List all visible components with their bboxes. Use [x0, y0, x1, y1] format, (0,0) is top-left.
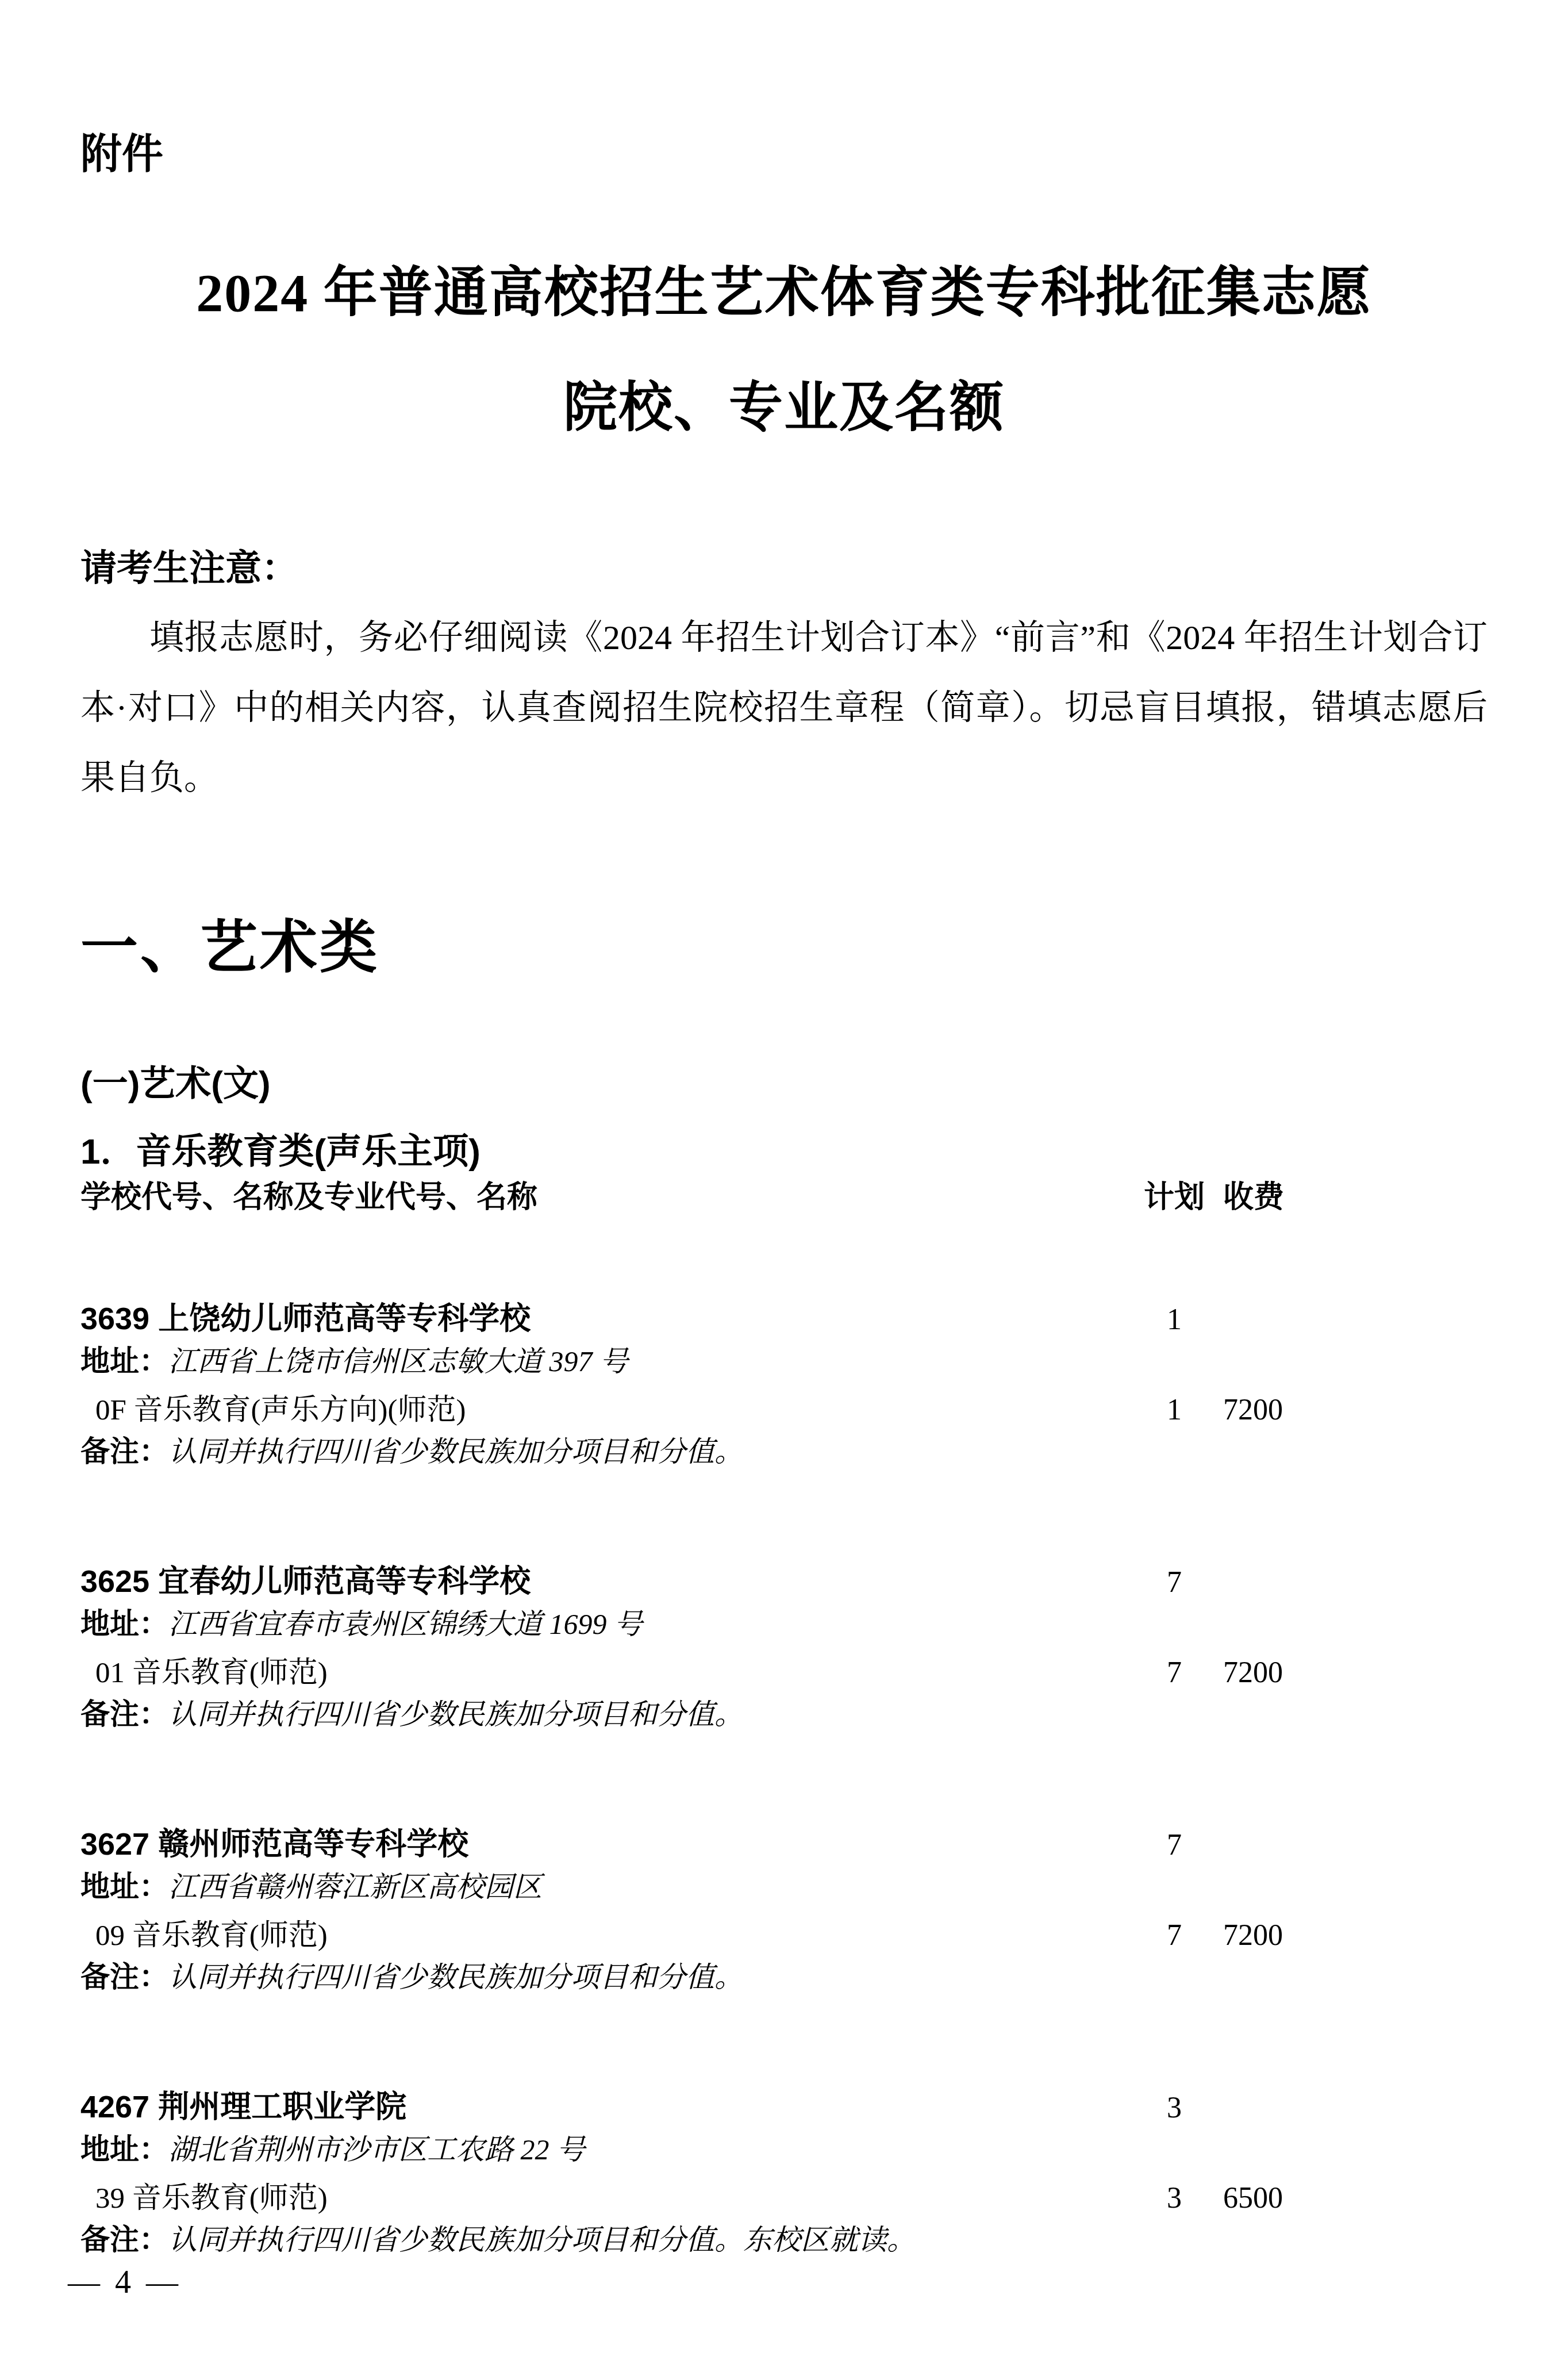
address-text: 江西省赣州蓉江新区高校园区 — [168, 1871, 542, 1903]
major-fee: 7200 — [1223, 1652, 1321, 1694]
address-label: 地址： — [80, 1607, 168, 1640]
school-block: 4267 荆州理工职业学院 3 地址：湖北省荆州市沙市区工农路 22 号 39 … — [80, 2086, 1488, 2268]
school-address-row: 地址：江西省赣州蓉江新区高校园区 — [80, 1866, 1488, 1915]
school-title-row: 4267 荆州理工职业学院 3 — [80, 2086, 1488, 2129]
document-title-line2: 院校、专业及名额 — [80, 351, 1488, 466]
document-title: 2024 年普通高校招生艺术体育类专科批征集志愿 院校、专业及名额 — [80, 236, 1488, 466]
school-code-name: 3639 上饶幼儿师范高等专科学校 — [80, 1298, 1125, 1340]
school-address-row: 地址：湖北省荆州市沙市区工农路 22 号 — [80, 2129, 1488, 2178]
note-label: 备注： — [80, 2223, 168, 2256]
column-header-school: 学校代号、名称及专业代号、名称 — [80, 1178, 1125, 1217]
school-note-row: 备注：认同并执行四川省少数民族加分项目和分值。 — [80, 1694, 1488, 1743]
school-code-name: 3627 赣州师范高等专科学校 — [80, 1824, 1125, 1865]
address-label: 地址： — [80, 1345, 168, 1377]
school-block: 3625 宜春幼儿师范高等专科学校 7 地址：江西省宜春市袁州区锦绣大道 169… — [80, 1561, 1488, 1743]
major-name: 39 音乐教育(师范) — [80, 2178, 1125, 2219]
page-number: — 4 — — [68, 2264, 182, 2301]
notice-heading: 请考生注意： — [80, 542, 1488, 594]
note-text: 认同并执行四川省少数民族加分项目和分值。 — [168, 1961, 743, 1993]
school-title-row: 3625 宜春幼儿师范高等专科学校 7 — [80, 1561, 1488, 1603]
note-text: 认同并执行四川省少数民族加分项目和分值。 — [168, 1698, 743, 1730]
major-row: 0F 音乐教育(声乐方向)(师范) 1 7200 — [80, 1390, 1488, 1431]
note-text: 认同并执行四川省少数民族加分项目和分值。 — [168, 1436, 743, 1468]
major-plan: 7 — [1125, 1915, 1223, 1956]
school-note-row: 备注：认同并执行四川省少数民族加分项目和分值。 — [80, 1956, 1488, 2005]
attachment-label: 附件 — [80, 128, 1488, 181]
school-plan-total: 1 — [1125, 1299, 1223, 1341]
note-label: 备注： — [80, 1960, 168, 1993]
column-header-fee: 收费 — [1223, 1178, 1321, 1217]
notice-paragraph: 填报志愿时，务必仔细阅读《2024 年招生计划合订本》“前言”和《2024 年招… — [80, 603, 1488, 813]
subsection-heading-art-wen: (一)艺术(文) — [80, 1057, 1488, 1111]
major-name: 0F 音乐教育(声乐方向)(师范) — [80, 1390, 1125, 1431]
major-row: 01 音乐教育(师范) 7 7200 — [80, 1652, 1488, 1694]
school-title-row: 3627 赣州师范高等专科学校 7 — [80, 1824, 1488, 1866]
note-label: 备注： — [80, 1435, 168, 1468]
address-text: 湖北省荆州市沙市区工农路 22 号 — [168, 2133, 585, 2166]
major-plan: 3 — [1125, 2178, 1223, 2219]
section-heading-art: 一、艺术类 — [80, 907, 1488, 988]
school-plan-total: 7 — [1125, 1562, 1223, 1603]
major-name: 01 音乐教育(师范) — [80, 1652, 1125, 1694]
major-row: 39 音乐教育(师范) 3 6500 — [80, 2178, 1488, 2219]
major-plan: 7 — [1125, 1652, 1223, 1694]
school-address-row: 地址：江西省上饶市信州区志敏大道 397 号 — [80, 1341, 1488, 1390]
major-row: 09 音乐教育(师范) 7 7200 — [80, 1915, 1488, 1956]
note-label: 备注： — [80, 1698, 168, 1730]
major-fee: 7200 — [1223, 1390, 1321, 1431]
school-plan-total: 7 — [1125, 1825, 1223, 1866]
address-label: 地址： — [80, 2133, 168, 2166]
column-header-plan: 计划 — [1125, 1178, 1223, 1217]
document-title-line1: 2024 年普通高校招生艺术体育类专科批征集志愿 — [80, 236, 1488, 351]
table-header-row: 学校代号、名称及专业代号、名称 计划 收费 — [80, 1178, 1488, 1217]
school-block: 3639 上饶幼儿师范高等专科学校 1 地址：江西省上饶市信州区志敏大道 397… — [80, 1298, 1488, 1480]
category-heading-music-education: 1．音乐教育类(声乐主项) — [80, 1126, 1488, 1178]
school-address-row: 地址：江西省宜春市袁州区锦绣大道 1699 号 — [80, 1603, 1488, 1652]
school-title-row: 3639 上饶幼儿师范高等专科学校 1 — [80, 1298, 1488, 1341]
note-text: 认同并执行四川省少数民族加分项目和分值。东校区就读。 — [168, 2224, 916, 2256]
address-text: 江西省宜春市袁州区锦绣大道 1699 号 — [168, 1608, 643, 1640]
address-text: 江西省上饶市信州区志敏大道 397 号 — [168, 1345, 628, 1377]
school-code-name: 3625 宜春幼儿师范高等专科学校 — [80, 1561, 1125, 1602]
major-plan: 1 — [1125, 1390, 1223, 1431]
major-fee: 6500 — [1223, 2178, 1321, 2219]
school-note-row: 备注：认同并执行四川省少数民族加分项目和分值。 — [80, 1431, 1488, 1480]
major-name: 09 音乐教育(师范) — [80, 1915, 1125, 1956]
address-label: 地址： — [80, 1870, 168, 1903]
school-block: 3627 赣州师范高等专科学校 7 地址：江西省赣州蓉江新区高校园区 09 音乐… — [80, 1824, 1488, 2005]
major-fee: 7200 — [1223, 1915, 1321, 1956]
school-note-row: 备注：认同并执行四川省少数民族加分项目和分值。东校区就读。 — [80, 2219, 1488, 2268]
school-code-name: 4267 荆州理工职业学院 — [80, 2086, 1125, 2128]
school-plan-total: 3 — [1125, 2087, 1223, 2129]
document-page: 附件 2024 年普通高校招生艺术体育类专科批征集志愿 院校、专业及名额 请考生… — [0, 0, 1568, 2360]
